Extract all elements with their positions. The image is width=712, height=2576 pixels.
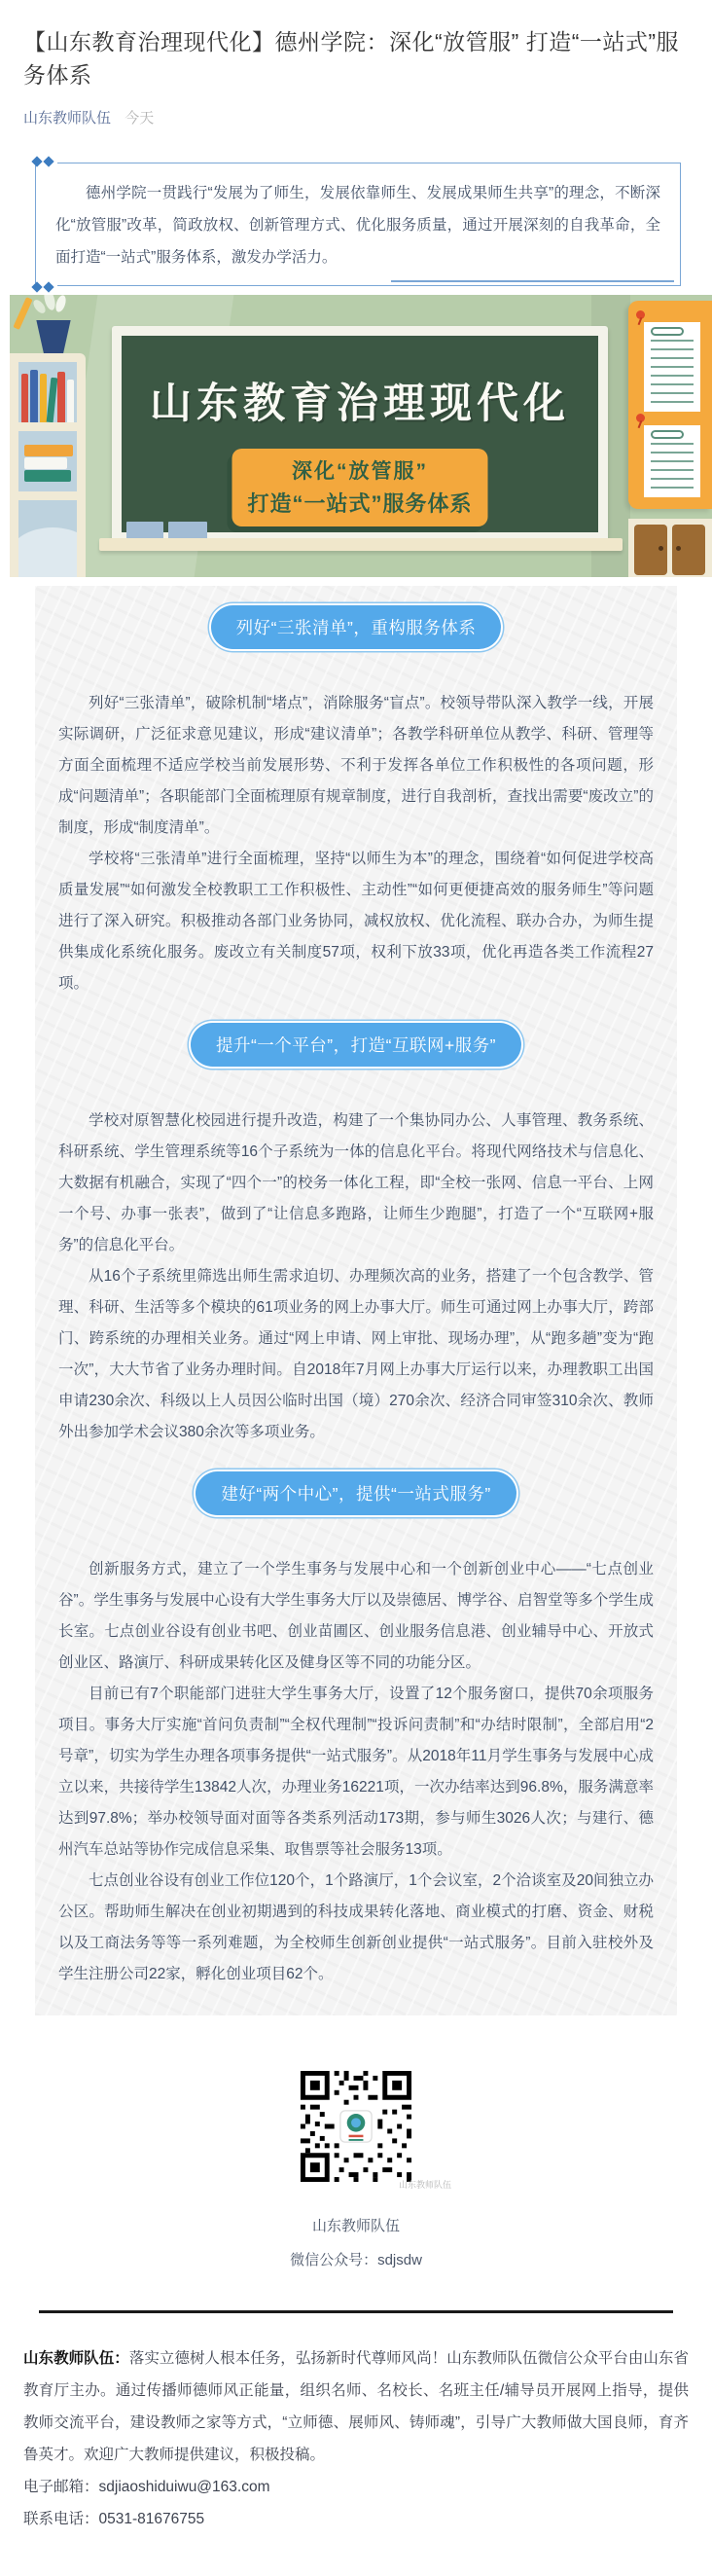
bookshelf-empty-cell xyxy=(18,500,77,577)
banner-image[interactable]: 山东教育治理现代化 深化“放管服” 打造“一站式”服务体系 xyxy=(10,295,712,577)
section-heading: 列好“三张清单”，重构服务体系 xyxy=(58,605,654,649)
banner-subtitle-label: 深化“放管服” 打造“一站式”服务体系 xyxy=(231,449,487,526)
banner-title: 山东教育治理现代化 xyxy=(122,371,598,430)
quote-accent-line xyxy=(391,280,674,282)
footer-phone: 联系电话：0531-81676755 xyxy=(23,2503,689,2535)
section-heading: 建好“两个中心”，提供“一站式服务” xyxy=(58,1471,654,1515)
vase-icon xyxy=(33,320,74,353)
bookshelf xyxy=(10,353,86,577)
section-heading-pill: 列好“三张清单”，重构服务体系 xyxy=(211,605,502,649)
bookshelf-binders xyxy=(18,362,77,422)
chalk-tray xyxy=(99,538,623,551)
section-three-lists: 列好“三张清单”，重构服务体系 列好“三张清单”，破除机制“堵点”，消除服务“盲… xyxy=(58,605,654,999)
article-header: 【山东教育治理现代化】德州学院：深化“放管服” 打造“一站式”服务体系 山东教师… xyxy=(0,0,712,127)
lead-quote-box: 德州学院一贯践行“发展为了师生，发展依靠师生、发展成果师生共享”的理念，不断深化… xyxy=(35,163,681,286)
section-two-centers: 建好“两个中心”，提供“一站式服务” 创新服务方式，建立了一个学生事务与发展中心… xyxy=(58,1471,654,1990)
diamond-decoration-icon xyxy=(33,283,57,291)
paragraph: 学校对原智慧化校园进行提升改造，构建了一个集协同办公、人事管理、教务系统、科研系… xyxy=(58,1106,654,1261)
publish-date: 今天 xyxy=(125,110,154,127)
page-title: 【山东教育治理现代化】德州学院：深化“放管服” 打造“一站式”服务体系 xyxy=(23,25,689,91)
paragraph: 目前已有7个职能部门进驻大学生事务大厅，设置了12个服务窗口，提供70余项服务项… xyxy=(58,1679,654,1866)
plant-vase xyxy=(18,295,86,355)
cabinet xyxy=(628,519,712,577)
pencil-icon xyxy=(13,297,32,330)
pushpin-icon xyxy=(636,310,645,319)
paragraph: 七点创业谷设有创业工作位120个，1个路演厅，1个会议室，2个洽谈室及20间独立… xyxy=(58,1866,654,1990)
paragraph: 创新服务方式，建立了一个学生事务与发展中心和一个创新创业中心——“七点创业谷”。… xyxy=(58,1554,654,1679)
section-heading-pill: 建好“两个中心”，提供“一站式服务” xyxy=(196,1471,516,1515)
paragraph: 从16个子系统里筛选出师生需求迫切、办理频次高的业务，搭建了一个包含教学、管理、… xyxy=(58,1261,654,1448)
pushpin-icon xyxy=(636,414,645,422)
banner-subtitle-line1: 深化“放管服” xyxy=(247,455,472,485)
diamond-decoration-icon xyxy=(33,158,57,165)
paragraph: 列好“三张清单”，破除机制“堵点”，消除服务“盲点”。校领导带队深入教学一线，开… xyxy=(58,688,654,844)
bulletin-board xyxy=(628,301,712,509)
chalkboard-surface: 山东教育治理现代化 深化“放管服” 打造“一站式”服务体系 xyxy=(122,336,598,532)
lead-quote-text: 德州学院一贯践行“发展为了师生，发展依靠师生、发展成果师生共享”的理念，不断深化… xyxy=(55,177,660,273)
qr-watermark: 山东教师队伍 xyxy=(399,2178,451,2191)
footer: 山东教师队伍：落实立德树人根本任务，弘扬新时代尊师风尚！山东教师队伍微信公众平台… xyxy=(23,2342,689,2535)
paragraph: 学校将“三张清单”进行全面梳理，坚持“以师生为本”的理念，围绕着“如何促进学校高… xyxy=(58,844,654,999)
qr-code[interactable]: 山东教师队伍 xyxy=(296,2066,416,2187)
qr-code-image xyxy=(296,2066,416,2187)
footer-divider xyxy=(39,2310,673,2313)
qr-section: 山东教师队伍 山东教师队伍 微信公众号：sdjsdw xyxy=(0,2066,712,2269)
section-heading-pill: 提升“一个平台”，打造“互联网+服务” xyxy=(191,1023,521,1067)
footer-account-name: 山东教师队伍： xyxy=(23,2350,129,2367)
footer-email: 电子邮箱：sdjiaoshiduiwu@163.com xyxy=(23,2471,689,2503)
footer-description-text: 落实立德树人根本任务，弘扬新时代尊师风尚！山东教师队伍微信公众平台由山东省教育厅… xyxy=(23,2350,689,2463)
article-meta: 山东教师队伍 今天 xyxy=(23,107,689,127)
section-heading: 提升“一个平台”，打造“互联网+服务” xyxy=(58,1023,654,1067)
footer-description: 山东教师队伍：落实立德树人根本任务，弘扬新时代尊师风尚！山东教师队伍微信公众平台… xyxy=(23,2342,689,2471)
qr-account-id: 微信公众号：sdjsdw xyxy=(0,2249,712,2269)
section-one-platform: 提升“一个平台”，打造“互联网+服务” 学校对原智慧化校园进行提升改造，构建了一… xyxy=(58,1023,654,1448)
qr-account-name: 山东教师队伍 xyxy=(0,2215,712,2235)
bookshelf-stack xyxy=(18,431,77,491)
author-link[interactable]: 山东教师队伍 xyxy=(23,110,111,127)
chalkboard: 山东教育治理现代化 深化“放管服” 打造“一站式”服务体系 xyxy=(112,326,608,542)
article-body: 列好“三张清单”，重构服务体系 列好“三张清单”，破除机制“堵点”，消除服务“盲… xyxy=(35,586,677,2015)
pinned-paper xyxy=(644,322,700,412)
pinned-paper xyxy=(644,425,700,497)
banner-subtitle-line2: 打造“一站式”服务体系 xyxy=(247,488,472,518)
